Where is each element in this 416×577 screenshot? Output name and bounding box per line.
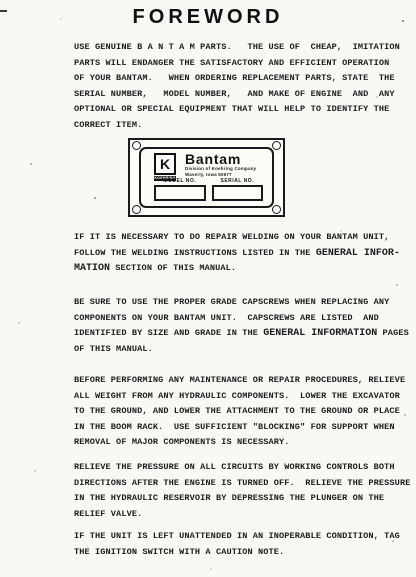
- nameplate-header: K KOEHRING Bantam Division of Koehring C…: [141, 149, 272, 181]
- brand-name: Bantam: [185, 153, 256, 166]
- paragraph-text: USE GENUINE B A N T A M PARTS. THE USE O…: [74, 42, 400, 130]
- foreword-paragraph-6: IF THE UNIT IS LEFT UNATTENDED IN AN INO…: [74, 529, 414, 560]
- screw-hole-icon: [132, 205, 141, 214]
- scan-noise-specks: [0, 0, 2, 2]
- koehring-k-icon: K: [154, 153, 176, 175]
- nameplate-fields: MODEL NO. SERIAL NO.: [154, 178, 263, 201]
- screw-hole-icon: [272, 205, 281, 214]
- model-no-field: MODEL NO.: [154, 178, 206, 201]
- paragraph-text: SECTION OF THIS MANUAL.: [110, 263, 236, 273]
- division-line: Division of Koehring Company: [185, 166, 256, 172]
- model-no-box: [154, 185, 206, 201]
- nameplate-outer-border: K KOEHRING Bantam Division of Koehring C…: [128, 138, 285, 217]
- serial-no-label: SERIAL NO.: [212, 178, 264, 184]
- paragraph-text: BEFORE PERFORMING ANY MAINTENANCE OR REP…: [74, 375, 405, 447]
- brand-block: Bantam Division of Koehring Company Wave…: [185, 153, 256, 177]
- document-page: FOREWORD USE GENUINE B A N T A M PARTS. …: [0, 0, 416, 577]
- koehring-logo: K KOEHRING: [154, 153, 176, 181]
- foreword-paragraph-1: USE GENUINE B A N T A M PARTS. THE USE O…: [74, 40, 414, 133]
- nameplate-inner-panel: K KOEHRING Bantam Division of Koehring C…: [139, 147, 274, 208]
- serial-no-box: [212, 185, 264, 201]
- foreword-paragraph-3: BE SURE TO USE THE PROPER GRADE CAPSCREW…: [74, 295, 414, 357]
- screw-hole-icon: [272, 141, 281, 150]
- page-title: FOREWORD: [0, 6, 416, 29]
- foreword-paragraph-4: BEFORE PERFORMING ANY MAINTENANCE OR REP…: [74, 373, 414, 451]
- paragraph-text: IF THE UNIT IS LEFT UNATTENDED IN AN INO…: [74, 531, 400, 557]
- nameplate-figure: K KOEHRING Bantam Division of Koehring C…: [128, 138, 285, 217]
- serial-no-field: SERIAL NO.: [212, 178, 264, 201]
- emphasized-text: GENERAL INFORMATION: [263, 328, 377, 339]
- model-no-label: MODEL NO.: [154, 178, 206, 184]
- foreword-paragraph-5: RELIEVE THE PRESSURE ON ALL CIRCUITS BY …: [74, 460, 414, 522]
- address-line: Waverly, Iowa 50677: [185, 172, 256, 178]
- foreword-paragraph-2: IF IT IS NECESSARY TO DO REPAIR WELDING …: [74, 230, 414, 277]
- paragraph-text: RELIEVE THE PRESSURE ON ALL CIRCUITS BY …: [74, 462, 410, 519]
